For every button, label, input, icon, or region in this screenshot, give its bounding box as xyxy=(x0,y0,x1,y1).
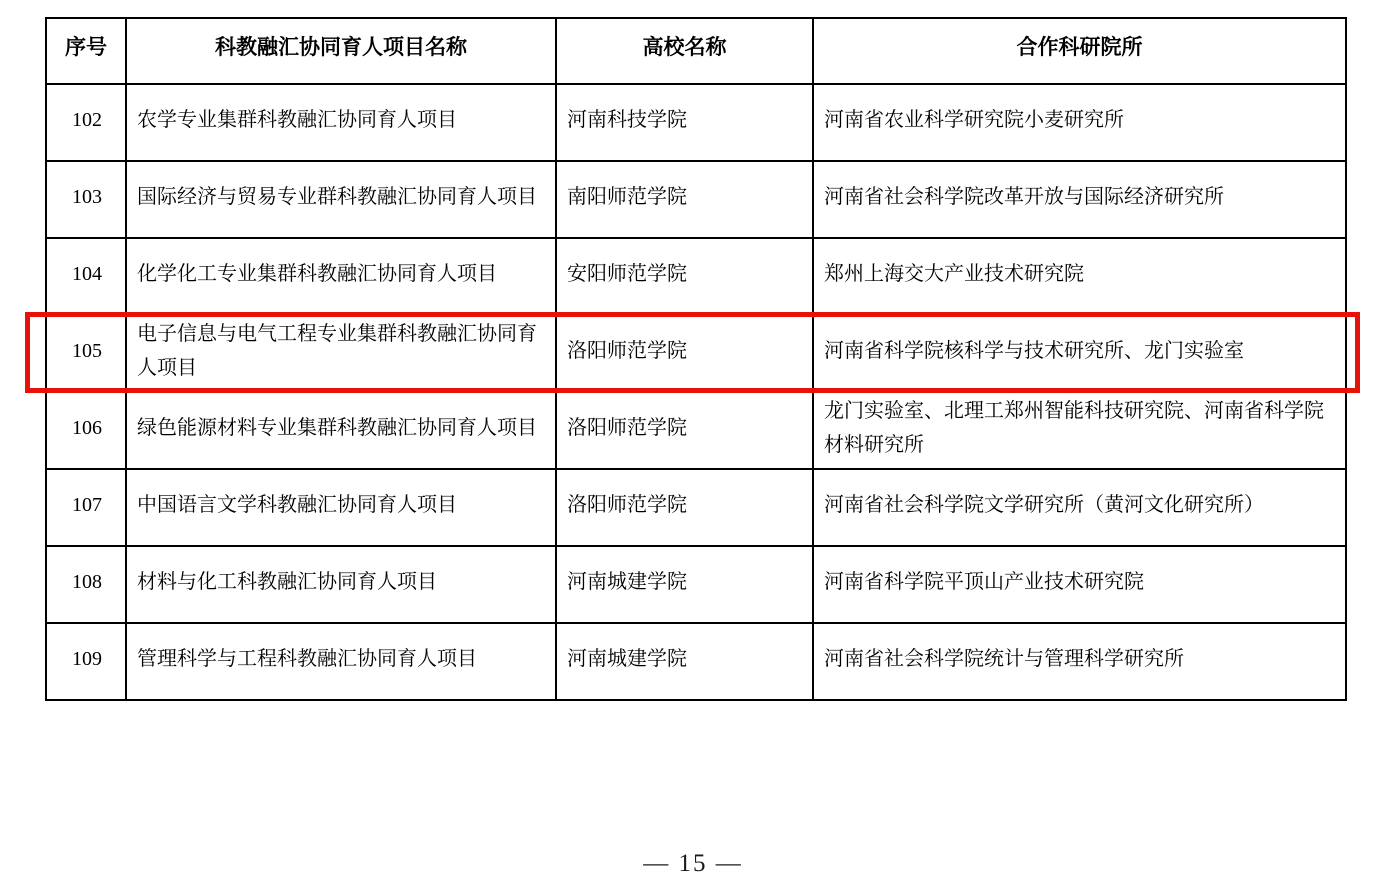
cell-project-name: 农学专业集群科教融汇协同育人项目 xyxy=(126,84,556,161)
cell-serial-number: 104 xyxy=(46,238,126,315)
cell-serial-number: 102 xyxy=(46,84,126,161)
page-number: — 15 — xyxy=(0,850,1386,878)
cell-serial-number: 107 xyxy=(46,469,126,546)
cell-institute-name: 龙门实验室、北理工郑州智能科技研究院、河南省科学院材料研究所 xyxy=(813,392,1346,469)
cell-project-name: 材料与化工科教融汇协同育人项目 xyxy=(126,546,556,623)
cell-project-name: 国际经济与贸易专业群科教融汇协同育人项目 xyxy=(126,161,556,238)
projects-table-container: 序号 科教融汇协同育人项目名称 高校名称 合作科研院所 102 农学专业集群科教… xyxy=(45,17,1345,701)
cell-university-name: 洛阳师范学院 xyxy=(556,469,813,546)
cell-project-name: 化学化工专业集群科教融汇协同育人项目 xyxy=(126,238,556,315)
table-row-highlighted: 105 电子信息与电气工程专业集群科教融汇协同育人项目 洛阳师范学院 河南省科学… xyxy=(46,315,1346,392)
cell-serial-number: 105 xyxy=(46,315,126,392)
cell-university-name: 南阳师范学院 xyxy=(556,161,813,238)
table-row: 108 材料与化工科教融汇协同育人项目 河南城建学院 河南省科学院平顶山产业技术… xyxy=(46,546,1346,623)
cell-university-name: 河南城建学院 xyxy=(556,546,813,623)
document-page: 序号 科教融汇协同育人项目名称 高校名称 合作科研院所 102 农学专业集群科教… xyxy=(0,0,1386,891)
header-university-name: 高校名称 xyxy=(556,18,813,84)
cell-university-name: 洛阳师范学院 xyxy=(556,392,813,469)
cell-project-name: 管理科学与工程科教融汇协同育人项目 xyxy=(126,623,556,700)
table-header-row: 序号 科教融汇协同育人项目名称 高校名称 合作科研院所 xyxy=(46,18,1346,84)
cell-institute-name: 河南省社会科学院文学研究所（黄河文化研究所） xyxy=(813,469,1346,546)
projects-table: 序号 科教融汇协同育人项目名称 高校名称 合作科研院所 102 农学专业集群科教… xyxy=(45,17,1347,701)
header-project-name: 科教融汇协同育人项目名称 xyxy=(126,18,556,84)
cell-institute-name: 河南省科学院平顶山产业技术研究院 xyxy=(813,546,1346,623)
header-serial-number: 序号 xyxy=(46,18,126,84)
table-row: 107 中国语言文学科教融汇协同育人项目 洛阳师范学院 河南省社会科学院文学研究… xyxy=(46,469,1346,546)
cell-university-name: 安阳师范学院 xyxy=(556,238,813,315)
cell-serial-number: 103 xyxy=(46,161,126,238)
table-row: 106 绿色能源材料专业集群科教融汇协同育人项目 洛阳师范学院 龙门实验室、北理… xyxy=(46,392,1346,469)
cell-institute-name: 河南省社会科学院统计与管理科学研究所 xyxy=(813,623,1346,700)
cell-institute-name: 郑州上海交大产业技术研究院 xyxy=(813,238,1346,315)
cell-university-name: 河南城建学院 xyxy=(556,623,813,700)
table-row: 104 化学化工专业集群科教融汇协同育人项目 安阳师范学院 郑州上海交大产业技术… xyxy=(46,238,1346,315)
cell-institute-name: 河南省农业科学研究院小麦研究所 xyxy=(813,84,1346,161)
cell-institute-name: 河南省科学院核科学与技术研究所、龙门实验室 xyxy=(813,315,1346,392)
cell-university-name: 河南科技学院 xyxy=(556,84,813,161)
cell-institute-name: 河南省社会科学院改革开放与国际经济研究所 xyxy=(813,161,1346,238)
table-row: 102 农学专业集群科教融汇协同育人项目 河南科技学院 河南省农业科学研究院小麦… xyxy=(46,84,1346,161)
cell-serial-number: 106 xyxy=(46,392,126,469)
cell-serial-number: 109 xyxy=(46,623,126,700)
table-row: 103 国际经济与贸易专业群科教融汇协同育人项目 南阳师范学院 河南省社会科学院… xyxy=(46,161,1346,238)
header-institute-name: 合作科研院所 xyxy=(813,18,1346,84)
cell-project-name: 电子信息与电气工程专业集群科教融汇协同育人项目 xyxy=(126,315,556,392)
cell-project-name: 中国语言文学科教融汇协同育人项目 xyxy=(126,469,556,546)
cell-serial-number: 108 xyxy=(46,546,126,623)
table-row: 109 管理科学与工程科教融汇协同育人项目 河南城建学院 河南省社会科学院统计与… xyxy=(46,623,1346,700)
cell-project-name: 绿色能源材料专业集群科教融汇协同育人项目 xyxy=(126,392,556,469)
cell-university-name: 洛阳师范学院 xyxy=(556,315,813,392)
